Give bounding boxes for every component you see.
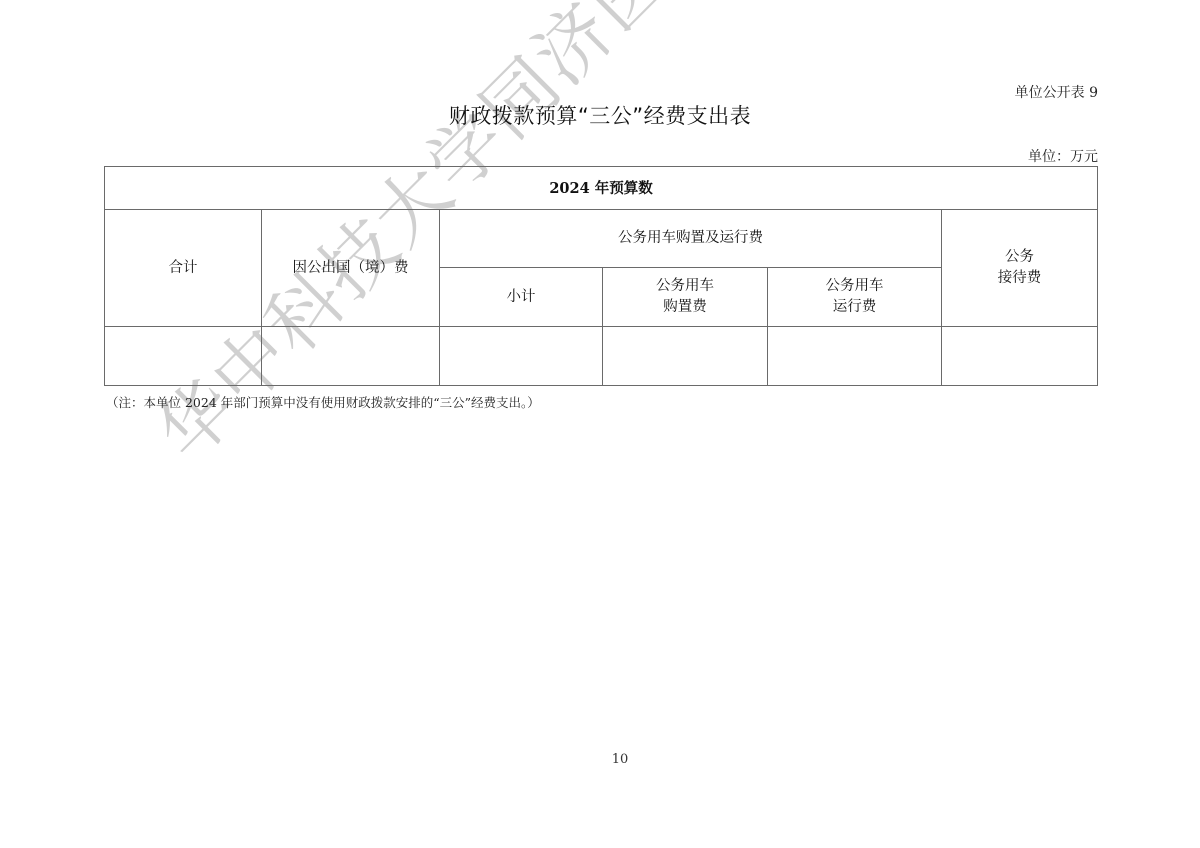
cell-reception (942, 327, 1098, 386)
cell-vehicle-purchase (603, 327, 768, 386)
header-reception: 公务 接待费 (942, 210, 1098, 327)
header-total: 合计 (105, 210, 262, 327)
three-public-expenses-table: 2024 年预算数 合计 因公出国（境）费 公务用车购置及运行费 公务 接待费 … (104, 166, 1098, 386)
cell-overseas (262, 327, 440, 386)
header-vehicle-operation-line2: 运行费 (768, 297, 941, 318)
page-title: 财政拨款预算“三公”经费支出表 (300, 100, 900, 130)
page-number: 10 (580, 752, 660, 767)
cell-vehicle-operation (768, 327, 942, 386)
header-vehicle-operation: 公务用车 运行费 (768, 268, 942, 327)
header-vehicle-purchase-line2: 购置费 (603, 297, 767, 318)
header-vehicle-subtotal: 小计 (440, 268, 603, 327)
header-row-1: 合计 因公出国（境）费 公务用车购置及运行费 公务 接待费 (105, 210, 1098, 268)
form-label: 单位公开表 9 (960, 82, 1098, 102)
unit-label: 单位：万元 (960, 146, 1098, 166)
table-note: （注：本单位 2024 年部门预算中没有使用财政拨款安排的“三公”经费支出。） (106, 393, 540, 411)
header-vehicle-purchase: 公务用车 购置费 (603, 268, 768, 327)
cell-vehicle-subtotal (440, 327, 603, 386)
header-vehicle-operation-line1: 公务用车 (768, 276, 941, 297)
header-vehicle-purchase-line1: 公务用车 (603, 276, 767, 297)
year-header: 2024 年预算数 (105, 167, 1098, 210)
header-reception-line2: 接待费 (942, 268, 1097, 289)
table-row (105, 327, 1098, 386)
cell-total (105, 327, 262, 386)
header-reception-line1: 公务 (942, 247, 1097, 268)
header-vehicle-group: 公务用车购置及运行费 (440, 210, 942, 268)
header-overseas: 因公出国（境）费 (262, 210, 440, 327)
year-header-row: 2024 年预算数 (105, 167, 1098, 210)
